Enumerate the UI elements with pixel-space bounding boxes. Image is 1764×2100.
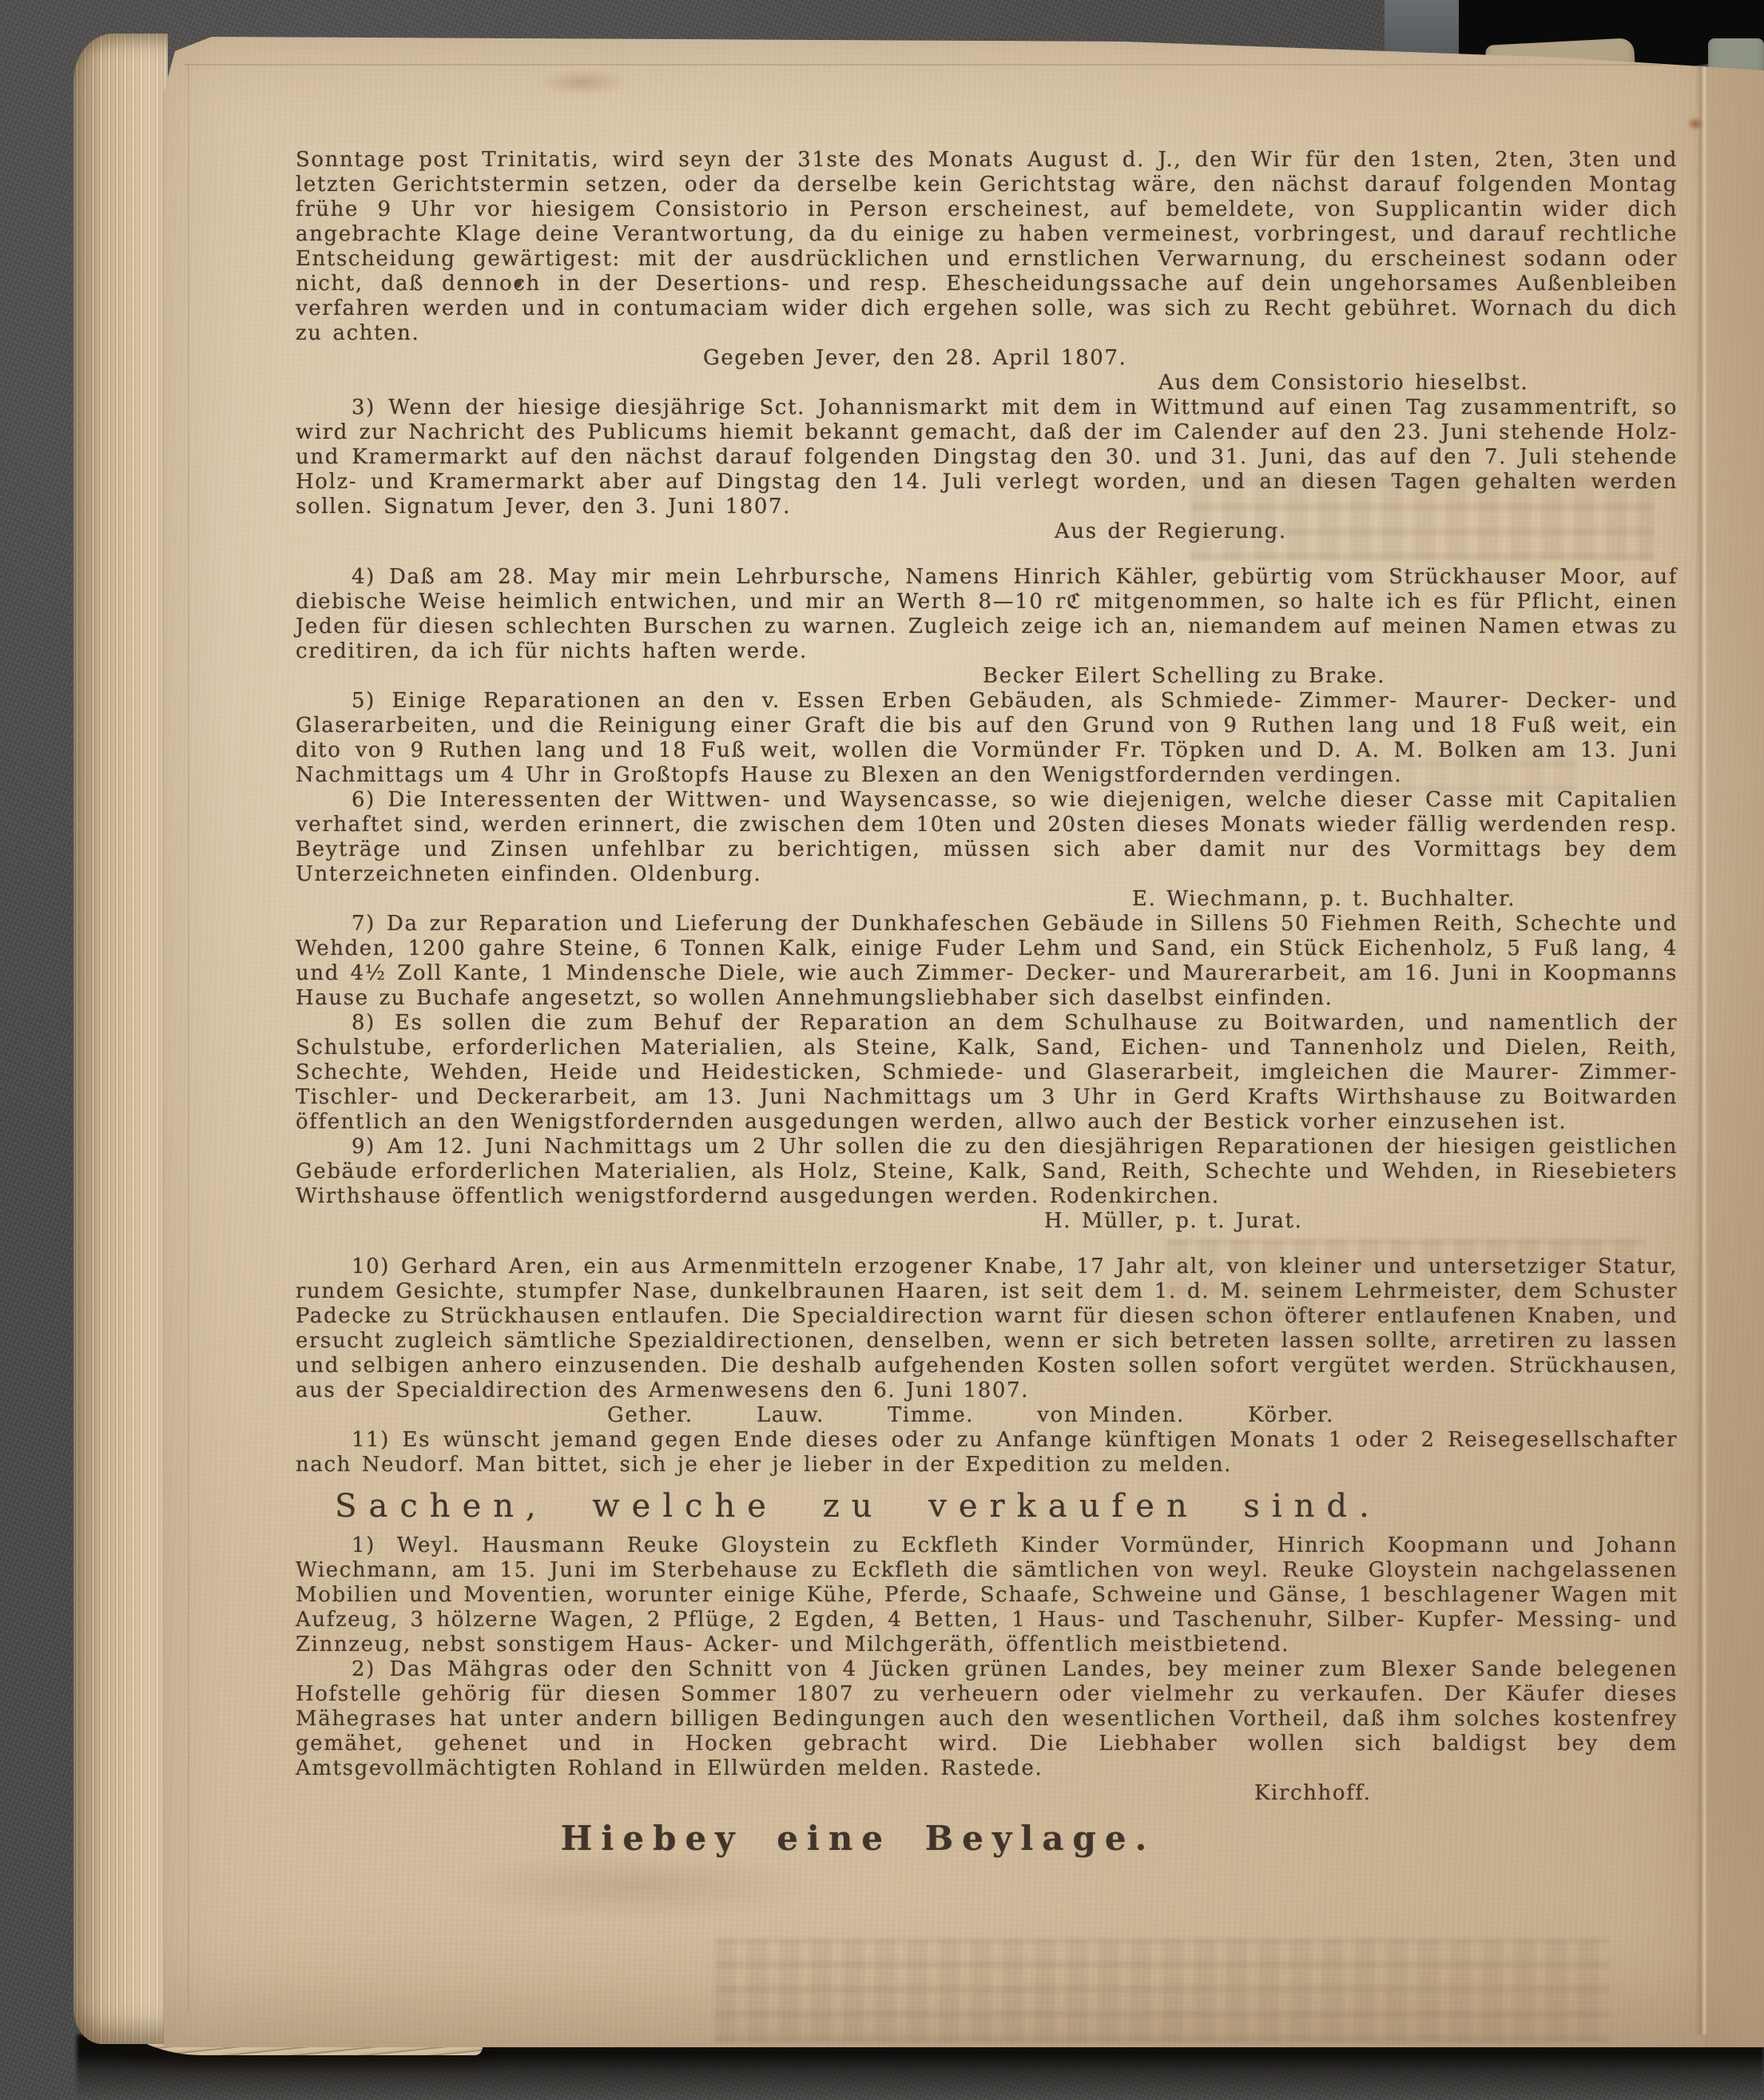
opening-fragment-paragraph: Sonntage post Trinitatis, wird seyn der …	[296, 148, 1678, 346]
notice-9-church-buildings: 9) Am 12. Juni Nachmittags um 2 Uhr soll…	[296, 1135, 1678, 1209]
sale-1-gloystein-estate: 1) Weyl. Hausmann Reuke Gloystein zu Eck…	[296, 1533, 1678, 1657]
page-right-margin-shading	[1706, 37, 1764, 2047]
section-heading-sachen: Sachen, welche zu verkaufen sind.	[296, 1486, 1678, 1527]
ink-bleedthrough	[715, 1939, 1610, 2042]
rust-stain	[1687, 117, 1704, 131]
dateline-gegeben-jever: Gegeben Jever, den 28. April 1807.	[296, 346, 1678, 371]
signature-name: Lauw.	[757, 1403, 824, 1428]
notice-5-repairs-essen-erben: 5) Einige Reparationen an den v. Essen E…	[296, 689, 1678, 788]
signature-schelling: Becker Eilert Schelling zu Brake.	[296, 664, 1678, 689]
emboss-line-left	[188, 64, 189, 2014]
signature-kirchhoff: Kirchhoff.	[296, 1781, 1678, 1806]
signature-row: Gether. Lauw. Timme. von Minden. Körber.	[296, 1403, 1678, 1428]
scanned-book-page: Sonntage post Trinitatis, wird seyn der …	[0, 0, 1764, 2100]
notice-6-widows-orphans-fund: 6) Die Interessenten der Wittwen- und Wa…	[296, 788, 1678, 887]
paper-stain-bottom	[443, 1851, 819, 1923]
supplement-note: Hiebey eine Beylage.	[296, 1817, 1678, 1860]
signature-name: Körber.	[1248, 1403, 1334, 1428]
notice-10-runaway-boy: 10) Gerhard Aren, ein aus Armenmitteln e…	[296, 1255, 1678, 1403]
notice-3-markets: 3) Wenn der hiesige diesjährige Sct. Joh…	[296, 396, 1678, 519]
signature-mueller: H. Müller, p. t. Jurat.	[296, 1209, 1678, 1234]
book-fore-edge	[73, 34, 168, 2044]
notice-11-travel-companions: 11) Es wünscht jemand gegen Ende dieses …	[296, 1428, 1678, 1478]
notice-8-schoolhouse-boitwarden: 8) Es sollen die zum Behuf der Reparatio…	[296, 1011, 1678, 1135]
book-page: Sonntage post Trinitatis, wird seyn der …	[164, 37, 1764, 2047]
sale-2-maehgras: 2) Das Mähgras oder den Schnitt von 4 Jü…	[296, 1657, 1678, 1781]
signature-name: Gether.	[607, 1403, 693, 1428]
signature-name: von Minden.	[1037, 1403, 1185, 1428]
dateline-consistorio: Aus dem Consistorio hieselbst.	[296, 371, 1678, 396]
signature-wiechmann: E. Wiechmann, p. t. Buchhalter.	[296, 887, 1678, 912]
notice-4-runaway-apprentice: 4) Daß am 28. May mir mein Lehrbursche, …	[296, 565, 1678, 664]
notice-7-dunkhafe-buildings: 7) Da zur Reparation und Lieferung der D…	[296, 912, 1678, 1011]
paper-stain	[539, 69, 627, 96]
signature-name: Timme.	[888, 1403, 974, 1428]
page-text: Sonntage post Trinitatis, wird seyn der …	[296, 148, 1678, 1860]
emboss-line-top	[185, 64, 1663, 66]
dateline-regierung: Aus der Regierung.	[296, 519, 1678, 544]
